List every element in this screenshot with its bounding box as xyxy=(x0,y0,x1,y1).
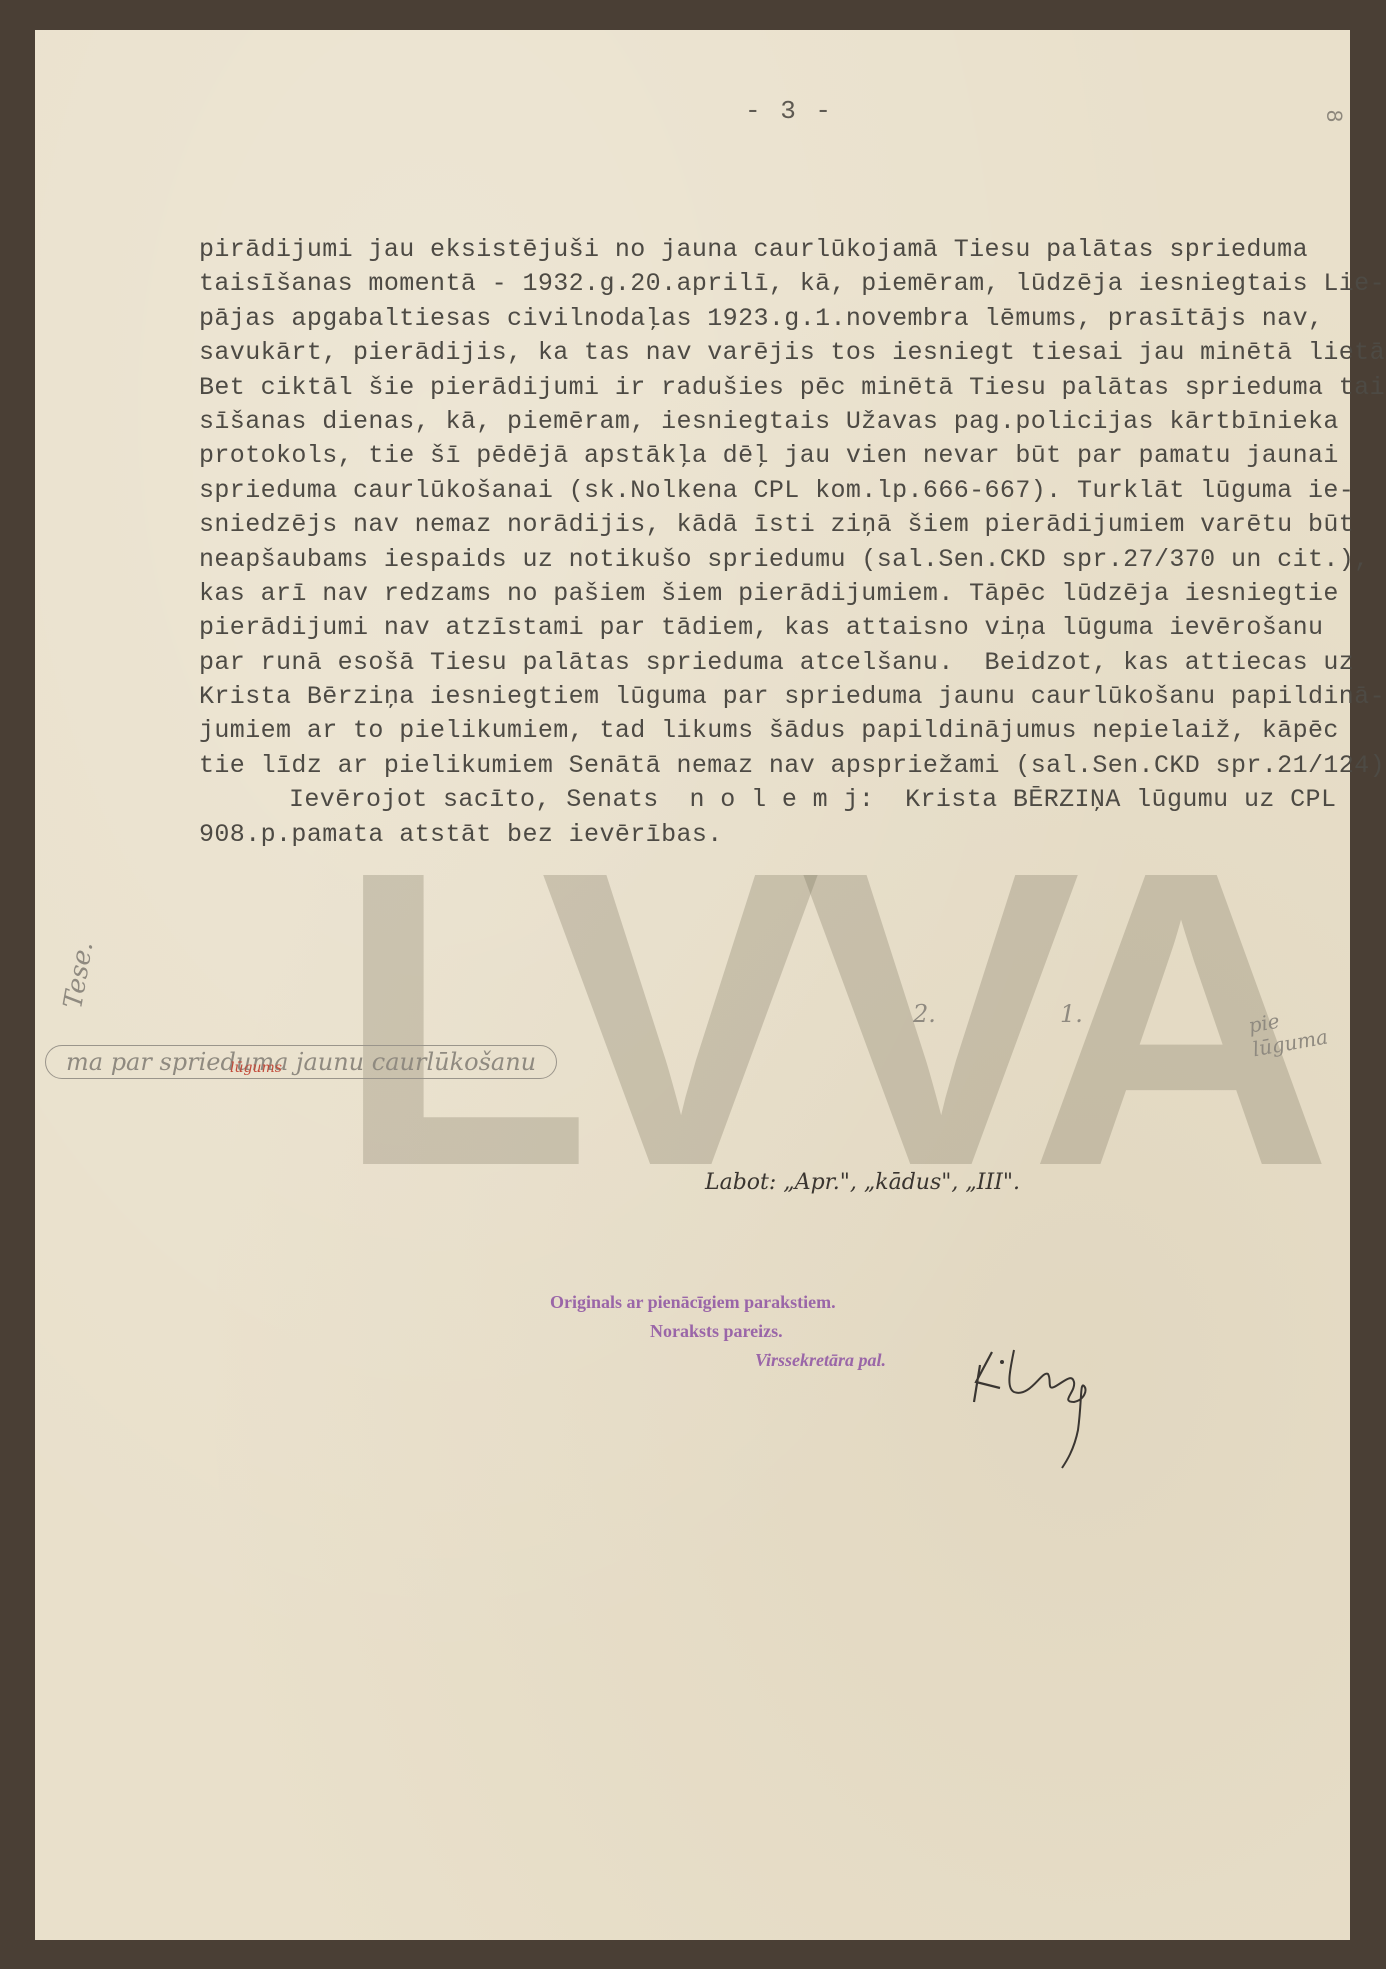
right-margin-note: pie lūguma xyxy=(1247,997,1354,1062)
text-line: protokols, tie šī pēdējā apstākļa dēļ ja… xyxy=(199,439,1359,473)
pencil-insert: ma par sprieduma jaunu caurlūkošanu xyxy=(45,1045,557,1079)
text-line: Bet ciktāl šie pierādijumi ir radušies p… xyxy=(199,371,1359,405)
folio-number: 8 xyxy=(1321,110,1347,122)
archive-watermark: LVVA xyxy=(335,810,1313,1230)
text-line: sīšanas dienas, kā, piemēram, iesniegtai… xyxy=(199,405,1359,439)
margin-note: Tese. xyxy=(58,939,99,1011)
text-line: pājas apgabaltiesas civilnodaļas 1923.g.… xyxy=(199,302,1359,336)
signature xyxy=(970,1330,1130,1475)
typed-body: pirādijumi jau eksistējuši no jauna caur… xyxy=(199,233,1359,852)
text-line: sniedzējs nav nemaz norādijis, kādā īsti… xyxy=(199,508,1359,542)
text-line: pierādijumi nav atzīstami par tādiem, ka… xyxy=(199,611,1359,645)
text-line: taisīšanas momentā - 1932.g.20.aprilī, k… xyxy=(199,267,1359,301)
correction-note: Labot: „Apr.", „kādus", „III". xyxy=(705,1170,1020,1195)
stamp-line-original: Originals ar pienācīgiem parakstiem. xyxy=(550,1292,836,1313)
text-line: par runā esošā Tiesu palātas sprieduma a… xyxy=(199,646,1359,680)
text-line: neapšaubams iespaids uz notikušo spriedu… xyxy=(199,543,1359,577)
signature-icon xyxy=(970,1330,1130,1470)
text-line: pirādijumi jau eksistējuši no jauna caur… xyxy=(199,233,1359,267)
text-line: jumiem ar to pielikumiem, tad likums šād… xyxy=(199,714,1359,748)
decision-line: Ievērojot sacīto, Senats n o l e m j: Kr… xyxy=(199,783,1359,817)
stamp-line-copy: Noraksts pareizs. xyxy=(650,1321,783,1342)
red-correction: lūgums xyxy=(230,1060,282,1076)
decision-line: 908.p.pamata atstāt bez ievērības. xyxy=(199,818,1359,852)
text-line: kas arī nav redzams no pašiem šiem pierā… xyxy=(199,577,1359,611)
text-line: savukārt, pierādijis, ka tas nav varējis… xyxy=(199,336,1359,370)
text-line: sprieduma caurlūkošanai (sk.Nolkena CPL … xyxy=(199,474,1359,508)
page-number: - 3 - xyxy=(745,96,833,126)
text-line: Krista Bērziņa iesniegtiem lūguma par sp… xyxy=(199,680,1359,714)
stamp-line-title: Virssekretāra pal. xyxy=(755,1350,886,1371)
text-line: tie līdz ar pielikumiem Senātā nemaz nav… xyxy=(199,749,1359,783)
document-page: - 3 - 8 LVVA pirādijumi jau eksistējuši … xyxy=(35,30,1350,1940)
insertion-number-1: 1. xyxy=(1060,1000,1083,1028)
insertion-number-2: 2. xyxy=(913,1000,936,1028)
